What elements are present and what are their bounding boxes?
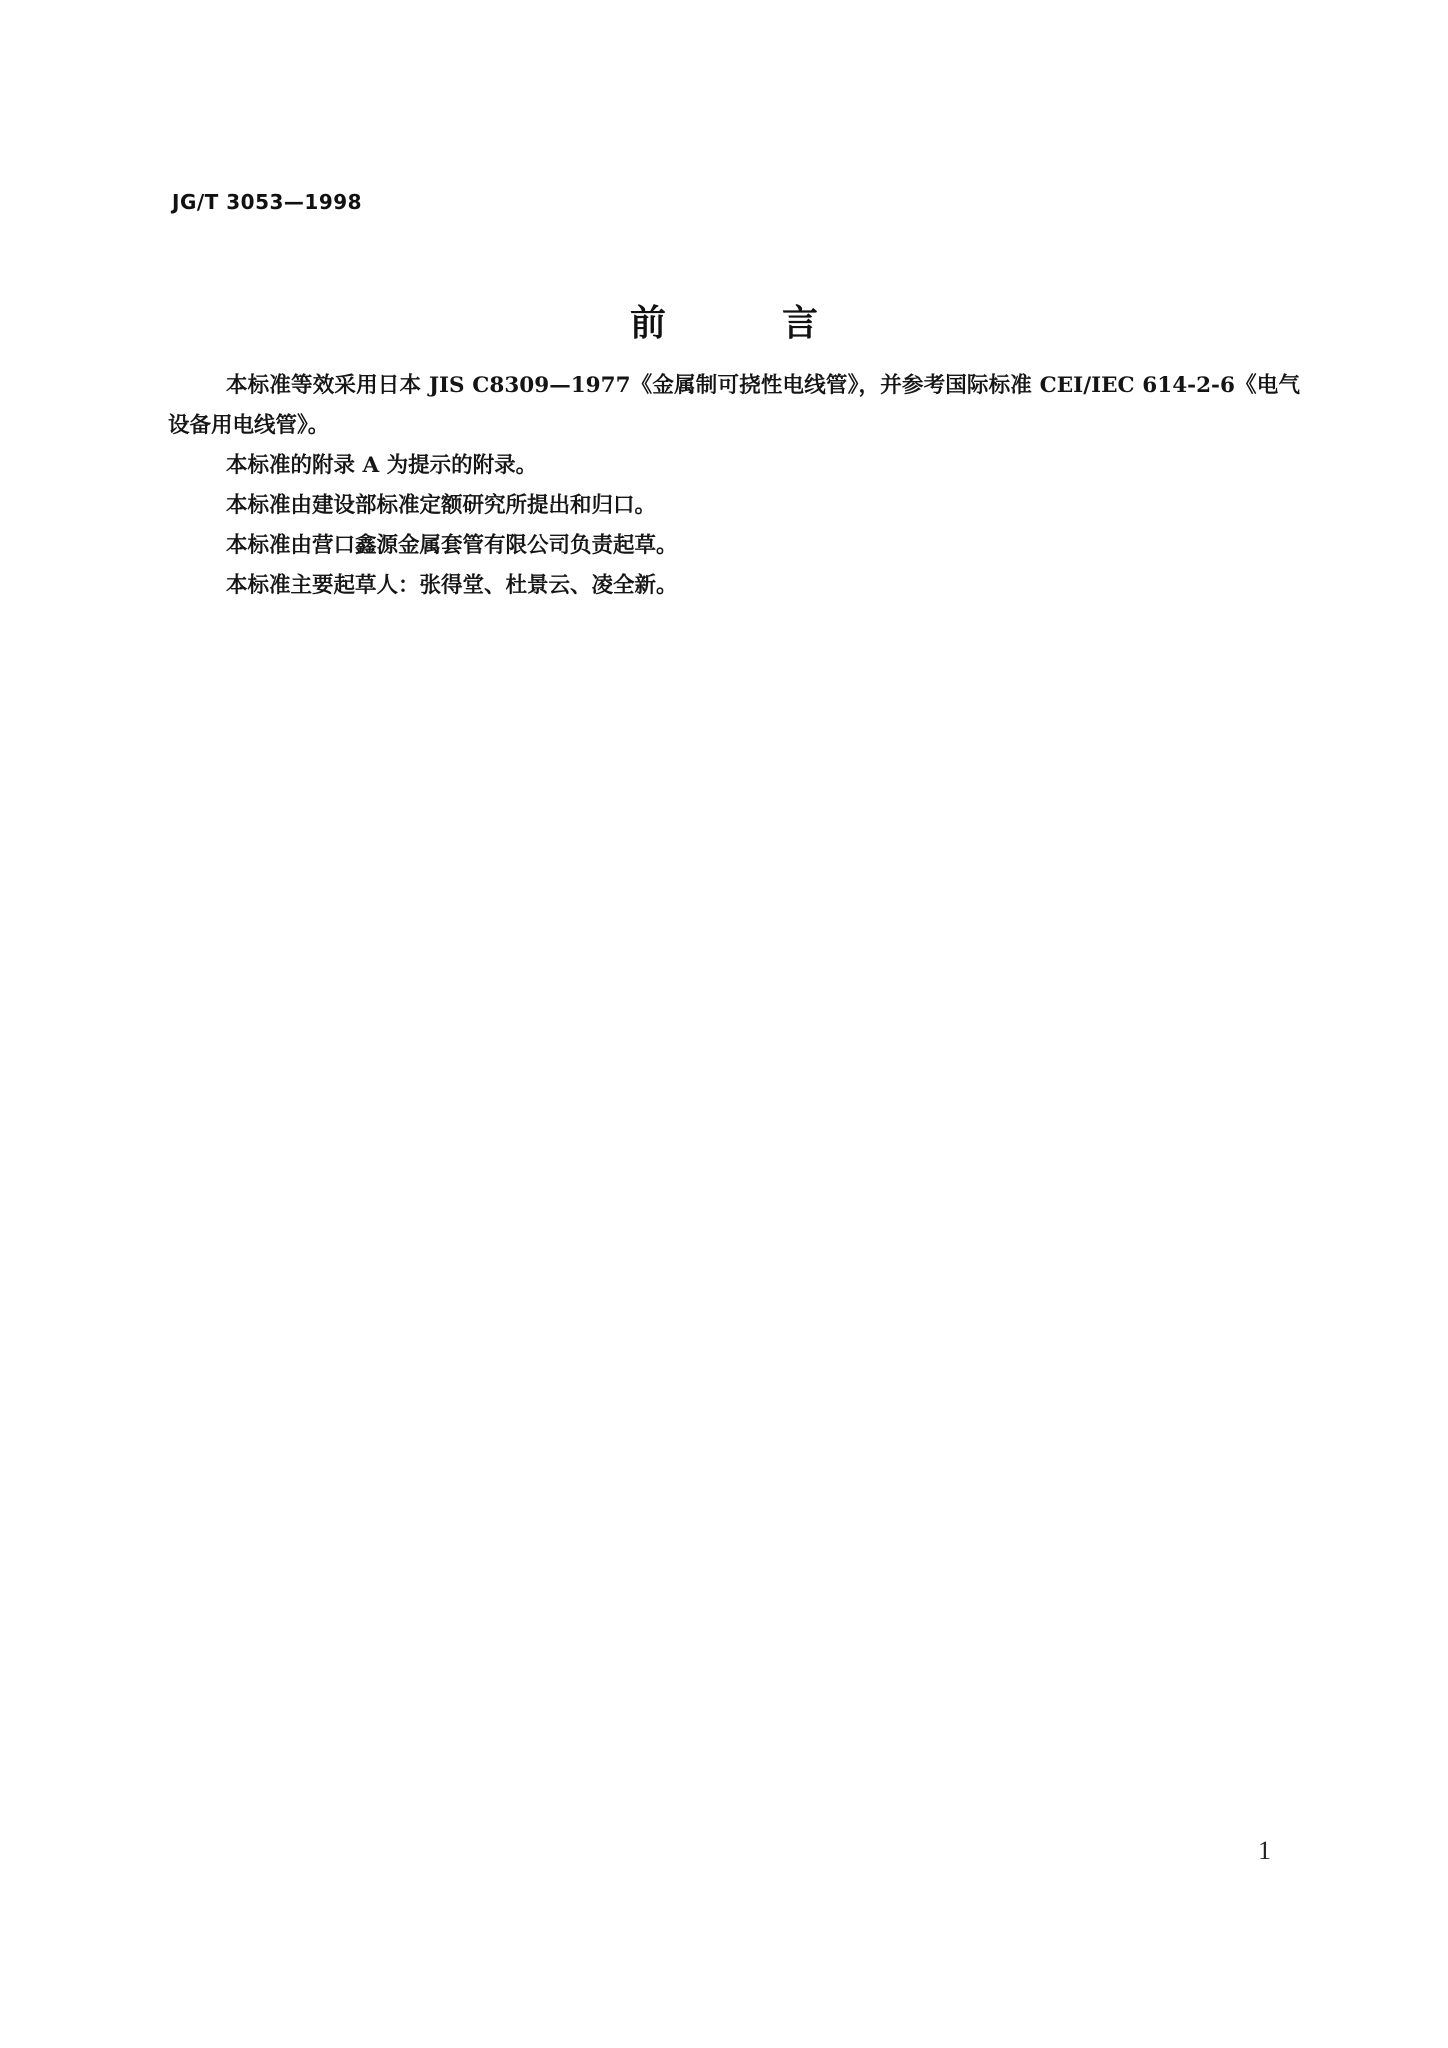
paragraph-drafting-org: 本标准由营口鑫源金属套管有限公司负责起草。 xyxy=(168,526,1300,566)
paragraph-appendix: 本标准的附录 A 为提示的附录。 xyxy=(168,446,1300,486)
paragraph-adoption: 本标准等效采用日本 JIS C8309—1977《金属制可挠性电线管》，并参考国… xyxy=(168,366,1300,446)
paragraph-proposer: 本标准由建设部标准定额研究所提出和归口。 xyxy=(168,486,1300,526)
title-char-1: 前 xyxy=(630,303,666,344)
title-char-2: 言 xyxy=(782,303,818,344)
page-number: 1 xyxy=(1258,1836,1271,1866)
page-title: 前言 xyxy=(0,300,1448,348)
paragraph-drafters: 本标准主要起草人：张得堂、杜景云、凌全新。 xyxy=(168,566,1300,606)
standard-code-header: JG/T 3053—1998 xyxy=(172,190,362,214)
foreword-body: 本标准等效采用日本 JIS C8309—1977《金属制可挠性电线管》，并参考国… xyxy=(168,366,1300,606)
